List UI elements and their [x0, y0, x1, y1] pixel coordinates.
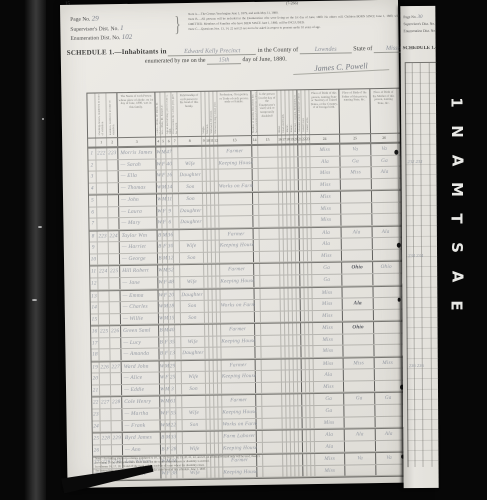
- cell-sk: [261, 324, 281, 335]
- cell-f: 227: [111, 362, 122, 373]
- cell-n: 12: [90, 278, 98, 289]
- header-bp: Place of Birth of this person, naming St…: [309, 90, 340, 134]
- col-number: 3: [118, 138, 156, 147]
- cell-f: [109, 254, 120, 265]
- cell-mb: [375, 381, 402, 392]
- cell-bp: Miss: [311, 179, 341, 190]
- cell-mb: [376, 416, 403, 427]
- state-label: State of: [353, 45, 372, 52]
- cell-n: 18: [91, 350, 99, 361]
- cell-oc: [221, 347, 255, 358]
- cell-sk: [261, 311, 281, 322]
- cell-f: 229: [112, 433, 123, 444]
- cell-oc: Farmer: [220, 264, 254, 275]
- cell-rl: [183, 432, 207, 443]
- cell-fb: Va: [340, 144, 371, 155]
- cell-nm: — Mary: [119, 218, 157, 229]
- corner-mark: 15.: [65, 2, 71, 7]
- cell-fb: [342, 274, 373, 285]
- cell-n: 3: [89, 172, 97, 183]
- cell-f: [110, 314, 121, 325]
- cell-mb: [375, 369, 402, 380]
- cell-nm: — George: [120, 253, 158, 264]
- cell-sk: [261, 335, 281, 346]
- cell-rl: [181, 325, 205, 336]
- header-sk: Is the person [on the day of the Enumera…: [257, 91, 278, 135]
- cell-sk: [259, 169, 279, 180]
- cell-rl: [180, 265, 204, 276]
- cell-mb: [372, 178, 399, 189]
- col-number: 26: [371, 134, 398, 142]
- day-value: 15th: [207, 57, 241, 65]
- cell-d: 224: [98, 267, 109, 278]
- date-suffix: day of June, 1880.: [242, 56, 286, 63]
- cell-nm: Hill Robert: [120, 266, 158, 277]
- census-table: Dwelling-houses, numbered in order of vi…: [86, 88, 406, 482]
- cell-mb: [374, 322, 401, 333]
- cell-f: 228: [111, 398, 122, 409]
- enumerated-line: enumerated by me on the 15th day of June…: [145, 56, 287, 65]
- cell-sk: [259, 216, 279, 227]
- cell-oc: Works on Farm: [219, 181, 253, 192]
- cell-n: 7: [89, 219, 97, 230]
- cell-d: [98, 243, 109, 254]
- cell-fb: [341, 179, 372, 190]
- cell-d: [96, 160, 107, 171]
- cell-mb: [373, 286, 400, 297]
- cell-mb: [376, 440, 403, 451]
- cell-f: [111, 373, 122, 384]
- cell-sk: [263, 442, 283, 453]
- cell-d: [100, 385, 111, 396]
- cell-d: [99, 350, 110, 361]
- census-notes: Note A.—The Census Year begins June 1, 1…: [188, 9, 403, 33]
- cell-n: 2: [88, 160, 96, 171]
- cell-d: [101, 421, 112, 432]
- cell-sk: [259, 204, 279, 215]
- film-brand-letter: 1: [442, 97, 471, 107]
- cell-sk: [262, 359, 282, 370]
- cell-f: [109, 242, 120, 253]
- cell-f: [110, 338, 121, 349]
- header-brace: }: [174, 11, 181, 37]
- cell-oc: [219, 169, 253, 180]
- cell-f: [108, 207, 119, 218]
- cell-d: [97, 171, 108, 182]
- cell-rl: Wife: [182, 372, 206, 383]
- cell-d: [100, 409, 111, 420]
- header-rl: Relationship of each person to the head …: [177, 92, 202, 136]
- cell-fb: [341, 203, 372, 214]
- film-strip-left: [0, 0, 60, 500]
- cell-oc: Farmer: [221, 324, 255, 335]
- cell-bp: Miss: [313, 299, 343, 310]
- cell-n: 5: [89, 196, 97, 207]
- cell-fb: Ala: [343, 298, 374, 309]
- cell-bp: Ga: [312, 263, 342, 274]
- cell-mb: Ga: [375, 393, 402, 404]
- cell-nm: — Lucy: [121, 337, 159, 348]
- cell-oc: [222, 383, 256, 394]
- rp-page-no-label: Page No.: [403, 15, 416, 19]
- cell-n: 9: [90, 243, 98, 254]
- cell-n: 23: [92, 409, 100, 420]
- cell-f: 226: [110, 326, 121, 337]
- cell-d: [101, 445, 112, 456]
- cell-n: 4: [89, 183, 97, 194]
- col-number: [88, 138, 96, 146]
- cell-mb: [373, 250, 400, 261]
- cell-rl: Son: [182, 384, 206, 395]
- cell-mb: [372, 214, 399, 225]
- film-speck: [42, 118, 44, 120]
- cell-sk: [263, 431, 283, 442]
- cell-sk: [262, 371, 282, 382]
- cell-oc: Keeping House: [222, 371, 256, 382]
- cell-n: 6: [89, 207, 97, 218]
- rp-schedule-label: SCHEDULE 1.—Inhab: [403, 46, 436, 51]
- cell-f: [107, 160, 118, 171]
- cell-n: 17: [91, 338, 99, 349]
- supervisor-dist-value: 1: [120, 24, 124, 32]
- place-value: Edward Kelly Precinct: [168, 47, 256, 56]
- cell-mb: [372, 191, 399, 202]
- film-brand-label: 1NAMTSAE: [449, 88, 464, 320]
- enumerator-signature: James C. Powell: [293, 60, 389, 75]
- cell-nm: — Ella: [119, 171, 157, 182]
- cell-rl: Daughter: [179, 170, 203, 181]
- cell-oc: [219, 193, 253, 204]
- cell-fb: Ohio: [343, 322, 374, 333]
- film-speck: [38, 226, 42, 228]
- cell-f: [108, 195, 119, 206]
- header-mb: Place of Birth of the Mother of this per…: [370, 89, 398, 133]
- cell-n: 14: [91, 303, 99, 314]
- cell-mb: [374, 345, 401, 356]
- cell-oc: Works on Farm: [223, 419, 257, 430]
- page-no-value: 29: [92, 14, 99, 22]
- cell-fb: [343, 310, 374, 321]
- cell-nm: — John: [119, 195, 157, 206]
- cell-fb: [345, 441, 376, 452]
- cell-oc: Farm Laborer: [223, 431, 257, 442]
- cell-bp: Miss: [310, 145, 340, 156]
- binding-dot: [397, 243, 401, 248]
- cell-d: 228: [101, 433, 112, 444]
- cell-bp: Miss: [311, 192, 341, 203]
- cell-nm: Taylor Wm: [120, 230, 158, 241]
- form-number: (7-266): [286, 0, 298, 5]
- cell-bp: Miss: [313, 346, 343, 357]
- cell-nm: Byrd James: [123, 433, 161, 444]
- cell-fb: [344, 381, 375, 392]
- county-label: in the County of: [258, 46, 298, 54]
- cell-sk: [260, 264, 280, 275]
- cell-n: 1: [88, 148, 96, 159]
- cell-bp: Miss: [313, 323, 343, 334]
- cell-oc: Works on Farm: [221, 300, 255, 311]
- cell-rl: [178, 147, 202, 158]
- cell-f: [110, 302, 121, 313]
- cell-fb: Ga: [340, 156, 371, 167]
- cell-d: 226: [100, 362, 111, 373]
- cell-d: 222: [96, 148, 107, 159]
- cell-n: 24: [93, 421, 101, 432]
- cell-n: 21: [92, 385, 100, 396]
- cell-mb: [372, 202, 399, 213]
- cell-n: 11: [90, 267, 98, 278]
- cell-fb: [345, 417, 376, 428]
- cell-bp: Miss: [311, 203, 341, 214]
- cell-sk: [260, 288, 280, 299]
- cell-d: [97, 183, 108, 194]
- cell-sk: [260, 228, 280, 239]
- cell-bp: Miss: [312, 287, 342, 298]
- cell-fb: [344, 369, 375, 380]
- header-d: Dwelling-houses, numbered in order of vi…: [95, 93, 107, 137]
- cell-n: 13: [90, 291, 98, 302]
- col-number: 1: [96, 138, 107, 146]
- header-fb: Place of Birth of the Father of this per…: [339, 89, 371, 133]
- cell-oc: Farmer: [218, 146, 252, 157]
- cell-rl: Son: [179, 194, 203, 205]
- cell-d: [98, 254, 109, 265]
- cell-d: 223: [98, 231, 109, 242]
- cell-nm: — Sarah: [118, 159, 156, 170]
- cell-fb: [341, 191, 372, 202]
- cell-rl: [180, 230, 204, 241]
- cell-bp: Ga: [314, 394, 344, 405]
- cell-rl: Son: [181, 301, 205, 312]
- cell-f: [109, 278, 120, 289]
- cell-d: [99, 314, 110, 325]
- cell-n: 15: [91, 314, 99, 325]
- cell-bp: Miss: [313, 310, 343, 321]
- cell-nm: — Amanda: [121, 349, 159, 360]
- cell-bp: Miss: [311, 168, 341, 179]
- cell-mb: Ohio: [373, 262, 400, 273]
- cell-bp: Miss: [314, 358, 344, 369]
- cell-nm: — Laura: [119, 206, 157, 217]
- cell-oc: Farmer: [220, 229, 254, 240]
- cell-f: 225: [109, 267, 120, 278]
- cell-d: [99, 302, 110, 313]
- cell-oc: [220, 252, 254, 263]
- cell-n: 26: [93, 445, 101, 456]
- cell-mb: [374, 309, 401, 320]
- cell-bp: Ala: [315, 430, 345, 441]
- col-number: 15: [258, 136, 278, 144]
- header-oc: Profession, Occupation, or Trade of each…: [217, 91, 252, 136]
- cell-mb: Ala: [373, 227, 400, 238]
- cell-fb: [343, 345, 374, 356]
- cell-nm: — Martha: [122, 409, 160, 420]
- cell-oc: Keeping House: [221, 336, 255, 347]
- rp-entry: 236 236: [409, 363, 424, 368]
- cell-rl: Wife: [181, 337, 205, 348]
- cell-nm: Green Saml: [121, 326, 159, 337]
- cell-nm: — Jane: [120, 278, 158, 289]
- cell-bp: Miss: [311, 215, 341, 226]
- cell-bp: Ga: [314, 406, 344, 417]
- cell-sk: [260, 276, 280, 287]
- cell-f: [108, 171, 119, 182]
- cell-sk: [258, 157, 278, 168]
- cell-rl: Daughter: [180, 289, 204, 300]
- cell-rl: Son: [181, 312, 205, 323]
- cell-fb: [342, 250, 373, 261]
- cell-sk: [258, 146, 278, 157]
- cell-bp: Ga: [312, 275, 342, 286]
- cell-bp: Ala: [315, 441, 345, 452]
- cell-f: 223: [107, 148, 118, 159]
- film-brand-letter: A: [442, 155, 471, 167]
- cell-fb: Miss: [341, 167, 372, 178]
- cell-oc: Farmer: [222, 360, 256, 371]
- cell-mb: [373, 238, 400, 249]
- enumeration-dist-label: Enumeration Dist. No.: [70, 35, 120, 42]
- rp-entry: 232 233: [407, 159, 422, 164]
- film-strip-right: 1NAMTSAE 0630: [435, 0, 487, 500]
- cell-d: 227: [100, 398, 111, 409]
- cell-d: [99, 338, 110, 349]
- header-nm: The Name of each Person whose place of a…: [117, 93, 156, 138]
- cell-sk: [261, 300, 281, 311]
- rp-entry: 234 234: [408, 253, 423, 258]
- film-brand-letter: A: [442, 271, 471, 283]
- cell-oc: Keeping House: [218, 158, 252, 169]
- cell-sk: [262, 395, 282, 406]
- cell-oc: [220, 289, 254, 300]
- cell-n: 8: [90, 231, 98, 242]
- cell-d: [97, 219, 108, 230]
- cell-f: [112, 421, 123, 432]
- cell-nm: — Ann: [123, 444, 161, 455]
- cell-oc: Keeping House: [220, 276, 254, 287]
- book-spine: [24, 0, 46, 500]
- page-info-block: Page No. 29 Supervisor's Dist. No. 1 Enu…: [70, 13, 175, 43]
- cell-mb: [374, 333, 401, 344]
- cell-nm: — Thomas: [119, 182, 157, 193]
- cell-rl: Son: [180, 253, 204, 264]
- cell-rl: Wife: [183, 443, 207, 454]
- cell-f: [110, 349, 121, 360]
- cell-rl: Son: [183, 419, 207, 430]
- cell-f: [108, 218, 119, 229]
- cell-n: 22: [92, 398, 100, 409]
- cell-nm: — Alice: [122, 373, 160, 384]
- schedule-label: SCHEDULE 1.—Inhabitants in: [67, 47, 167, 57]
- cell-sk: [260, 240, 280, 251]
- cell-fb: Ala: [345, 429, 376, 440]
- cell-sk: [259, 180, 279, 191]
- cell-mb: Ga: [371, 155, 398, 166]
- cell-bp: Ala: [310, 156, 340, 167]
- cell-rl: Wife: [180, 241, 204, 252]
- cell-rl: Wife: [178, 158, 202, 169]
- cell-d: [98, 278, 109, 289]
- cell-sk: [259, 193, 279, 204]
- rp-supervisor-label: Supervisor's Dist. No.: [403, 22, 435, 26]
- cell-n: 19: [92, 362, 100, 373]
- header-f: Families, numbered in order of visitatio…: [106, 93, 118, 137]
- cell-nm: Ward John: [122, 361, 160, 372]
- cell-rl: Wife: [180, 277, 204, 288]
- cell-mb: Miss: [375, 358, 402, 369]
- col-number: 25: [340, 134, 371, 142]
- cell-rl: Daughter: [181, 348, 205, 359]
- cell-nm: — Harriet: [120, 242, 158, 253]
- cell-bp: Ala: [312, 227, 342, 238]
- cell-nm: — Willie: [121, 313, 159, 324]
- cell-fb: [343, 334, 374, 345]
- cell-nm: — Frank: [123, 420, 161, 431]
- cell-oc: Farmer: [222, 395, 256, 406]
- rp-page-no-value: 30: [417, 15, 422, 20]
- cell-rl: Daughter: [179, 206, 203, 217]
- cell-rl: Wife: [182, 408, 206, 419]
- cell-fb: Ala: [342, 227, 373, 238]
- cell-rl: [182, 361, 206, 372]
- cell-n: 10: [90, 254, 98, 265]
- cell-rl: [182, 396, 206, 407]
- cell-oc: Keeping House: [220, 240, 254, 251]
- cell-nm: — Emma: [120, 290, 158, 301]
- film-brand-letter: M: [442, 182, 471, 197]
- cell-f: [112, 445, 123, 456]
- cell-fb: [342, 238, 373, 249]
- cell-n: 20: [92, 374, 100, 385]
- cell-bp: Miss: [315, 417, 345, 428]
- cell-f: [111, 385, 122, 396]
- cell-bp: Miss: [314, 382, 344, 393]
- cell-mb: [375, 405, 402, 416]
- next-census-page: Page No. 30 Supervisor's Dist. No. 1 Enu…: [400, 6, 438, 488]
- cell-d: [98, 291, 109, 302]
- cell-f: [109, 291, 120, 302]
- cell-fb: [342, 287, 373, 298]
- cell-bp: Miss: [312, 251, 342, 262]
- binding-dot: [398, 298, 401, 302]
- cell-fb: [344, 405, 375, 416]
- right-page-header: Page No. 30 Supervisor's Dist. No. 1 Enu…: [403, 14, 435, 35]
- film-brand-letter: S: [442, 242, 471, 253]
- cell-rl: Daughter: [179, 217, 203, 228]
- cell-oc: [219, 205, 253, 216]
- rp-enumeration-label: Enumeration Dist. No.: [403, 29, 435, 33]
- cell-nm: Morris James: [118, 148, 156, 159]
- county-value: Lowndes: [300, 45, 352, 54]
- cell-fb: Ohio: [342, 263, 373, 274]
- cell-nm: — Eddie: [122, 384, 160, 395]
- cell-bp: Ala: [312, 239, 342, 250]
- cell-sk: [260, 251, 280, 262]
- col-number: 2: [107, 138, 118, 146]
- cell-sk: [262, 382, 282, 393]
- cell-oc: Keeping House: [223, 443, 257, 454]
- cell-fb: Miss: [344, 358, 375, 369]
- film-brand-letter: N: [442, 125, 471, 138]
- cell-mb: Ala: [372, 167, 399, 178]
- film-speck: [32, 299, 37, 301]
- col-number: 24: [310, 135, 340, 143]
- supervisor-dist-label: Supervisor's Dist. No.: [70, 26, 118, 33]
- schedule-title-line: SCHEDULE 1.—Inhabitants in Edward Kelly …: [67, 44, 397, 58]
- right-page-table: 232 233234 234236 236: [405, 62, 440, 467]
- cell-fb: [341, 214, 372, 225]
- cell-n: 16: [91, 327, 99, 338]
- cell-oc: Keeping House: [222, 407, 256, 418]
